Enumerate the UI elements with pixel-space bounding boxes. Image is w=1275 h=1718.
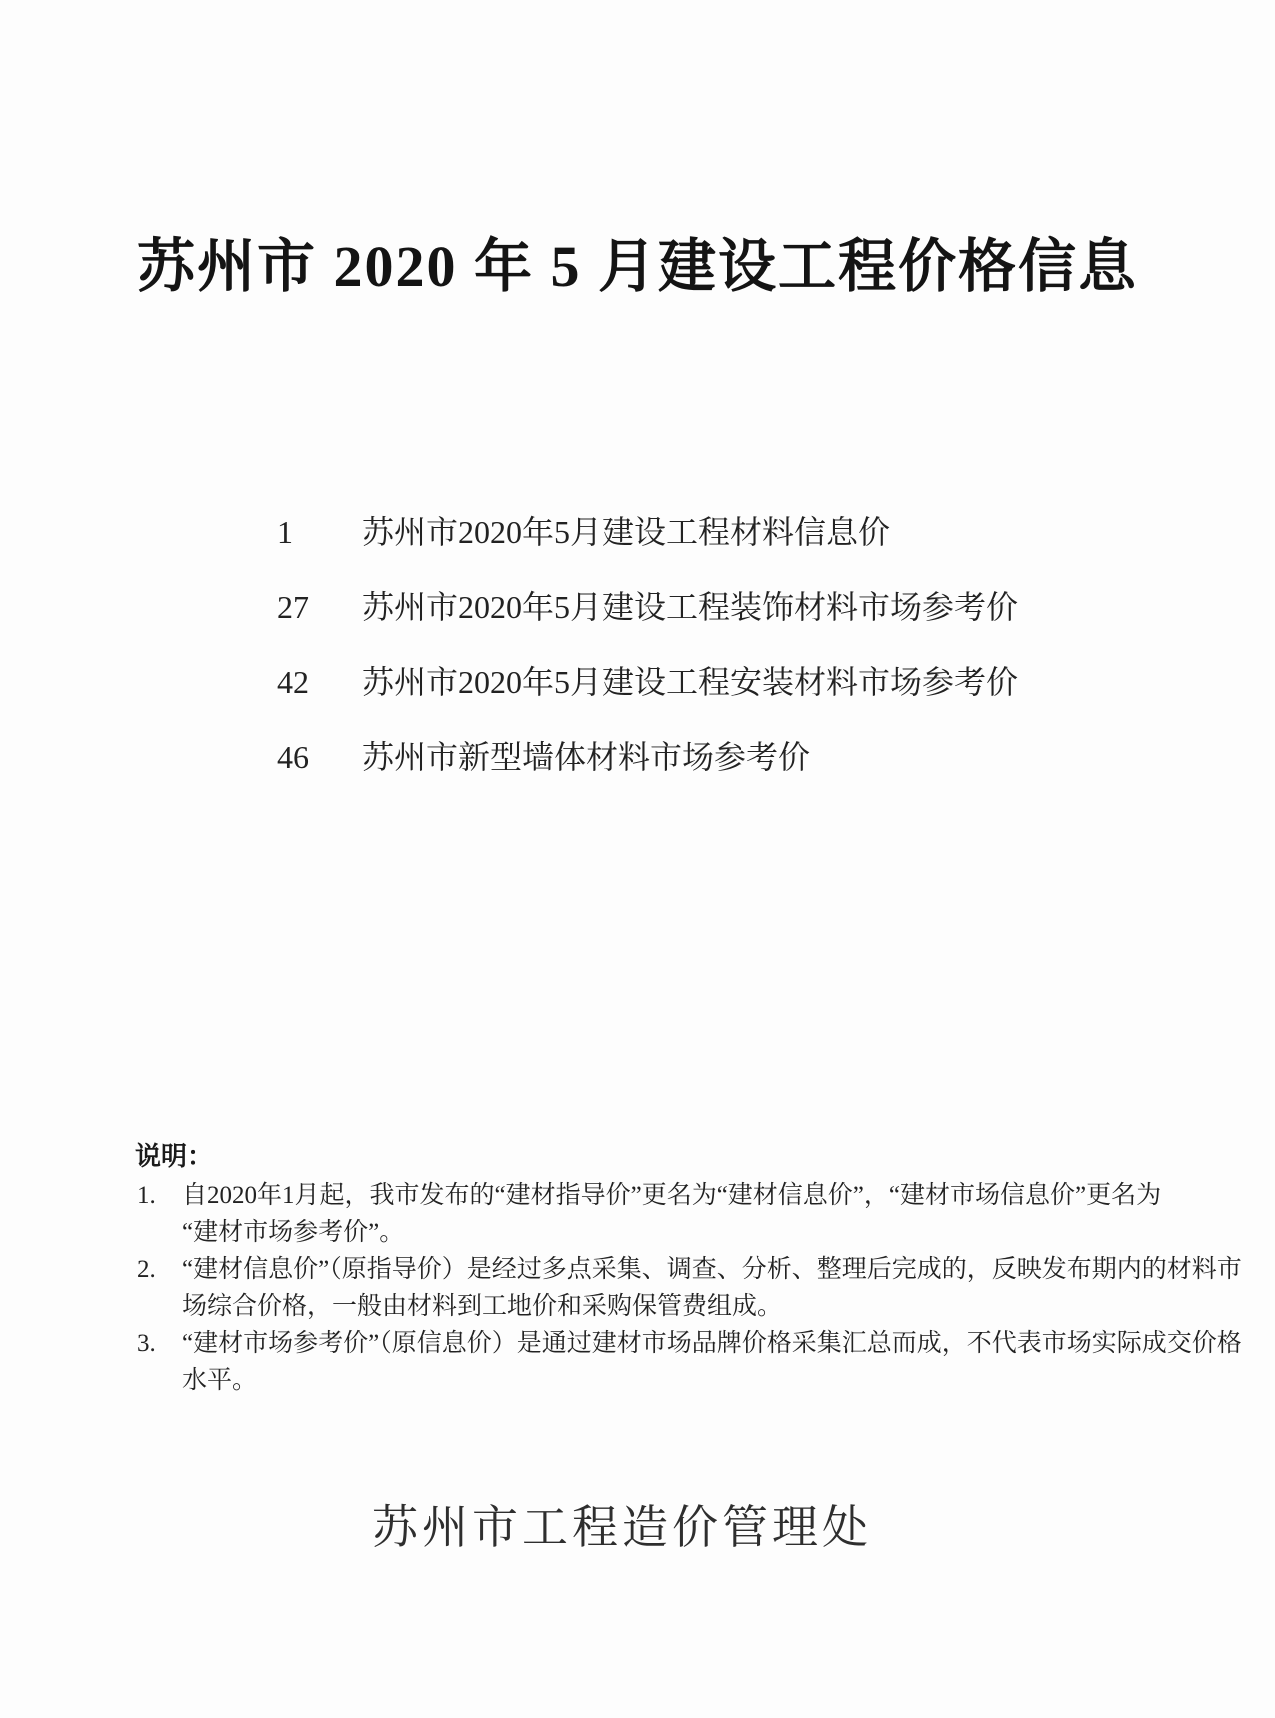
- notes-heading: 说明：: [135, 1142, 213, 1171]
- toc-entry-title: 苏州市2020年5月建设工程安装材料市场参考价: [362, 666, 1018, 698]
- toc-page-number: 27: [277, 591, 362, 623]
- document-title: 苏州市 2020 年 5 月建设工程价格信息: [0, 234, 1275, 301]
- toc-entry: 46 苏州市新型墙体材料市场参考价: [277, 741, 1018, 773]
- note-text-line: “建材市场参考价”。: [182, 1214, 1167, 1251]
- toc-page-number: 1: [277, 516, 362, 548]
- toc-page-number: 42: [277, 666, 362, 698]
- toc-entry-title: 苏州市新型墙体材料市场参考价: [362, 741, 810, 773]
- toc-entry-title: 苏州市2020年5月建设工程材料信息价: [362, 516, 890, 548]
- toc-page-number: 46: [277, 741, 362, 773]
- note-text-line: 自2020年1月起，我市发布的“建材指导价”更名为“建材信息价”，“建材市场信息…: [182, 1177, 1167, 1214]
- note-text-line: “建材市场参考价”（原信息价）是通过建材市场品牌价格采集汇总而成，不代表市场实际…: [182, 1325, 1167, 1362]
- note-number: 3.: [137, 1325, 156, 1362]
- note-number: 2.: [137, 1251, 156, 1288]
- toc-entry: 42 苏州市2020年5月建设工程安装材料市场参考价: [277, 666, 1018, 698]
- note-item-2: 2. “建材信息价”（原指导价）是经过多点采集、调查、分析、整理后完成的，反映发…: [137, 1251, 1167, 1325]
- note-item-3: 3. “建材市场参考价”（原信息价）是通过建材市场品牌价格采集汇总而成，不代表市…: [137, 1325, 1167, 1399]
- note-text-line: 场综合价格，一般由材料到工地价和采购保管费组成。: [182, 1288, 1167, 1325]
- note-text-line: “建材信息价”（原指导价）是经过多点采集、调查、分析、整理后完成的，反映发布期内…: [182, 1251, 1167, 1288]
- notes-section: 1. 自2020年1月起，我市发布的“建材指导价”更名为“建材信息价”，“建材市…: [137, 1177, 1167, 1399]
- document-page: 苏州市 2020 年 5 月建设工程价格信息 1 苏州市2020年5月建设工程材…: [0, 0, 1275, 1718]
- toc-entry-title: 苏州市2020年5月建设工程装饰材料市场参考价: [362, 591, 1018, 623]
- note-text-line: 水平。: [182, 1362, 1167, 1399]
- publisher-name: 苏州市工程造价管理处: [372, 1503, 872, 1554]
- note-number: 1.: [137, 1177, 156, 1214]
- toc-entry: 27 苏州市2020年5月建设工程装饰材料市场参考价: [277, 591, 1018, 623]
- table-of-contents: 1 苏州市2020年5月建设工程材料信息价 27 苏州市2020年5月建设工程装…: [277, 516, 1018, 816]
- note-item-1: 1. 自2020年1月起，我市发布的“建材指导价”更名为“建材信息价”，“建材市…: [137, 1177, 1167, 1251]
- toc-entry: 1 苏州市2020年5月建设工程材料信息价: [277, 516, 1018, 548]
